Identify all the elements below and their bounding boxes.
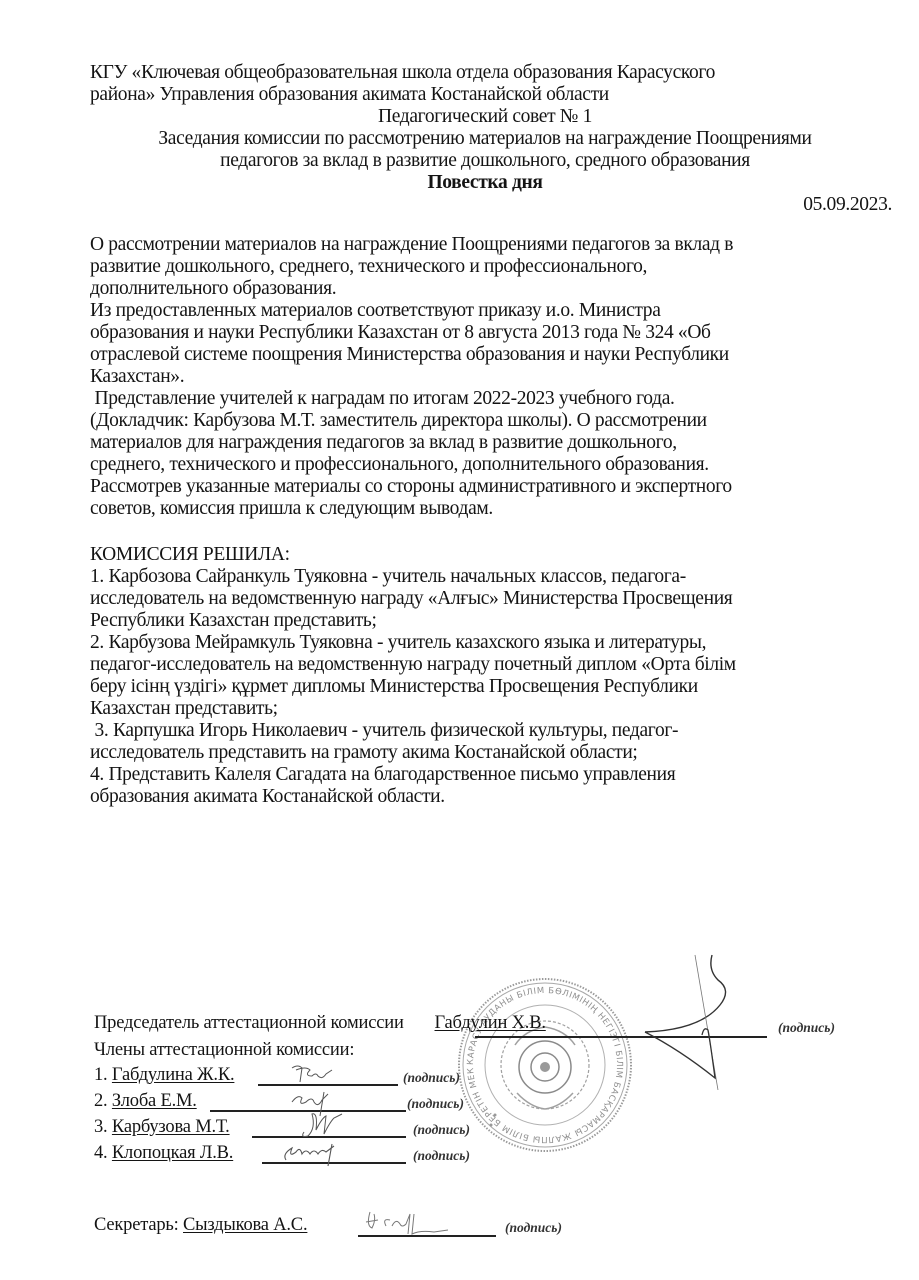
member-signature-hint: (подпись) [403, 1070, 460, 1086]
member-row: 1. Габдулина Ж.К. [94, 1065, 234, 1086]
chairman-signature-icon [640, 950, 740, 1090]
secretary-row: Секретарь: Сыздыкова А.С. [94, 1215, 307, 1236]
member-name: Злоба Е.М. [112, 1091, 197, 1111]
svg-text:КАРАСУ АУДАНЫ БІЛІМ БӨЛІМІНІҢ: КАРАСУ АУДАНЫ БІЛІМ БӨЛІМІНІҢ НЕГІЗГІ БІ… [455, 975, 624, 1144]
official-stamp-icon: КАРАСУ АУДАНЫ БІЛІМ БӨЛІМІНІҢ НЕГІЗГІ БІ… [455, 975, 635, 1155]
member-name: Карбузова М.Т. [112, 1117, 230, 1137]
member-1-signature-icon [288, 1062, 338, 1088]
signatures-section: КАРАСУ АУДАНЫ БІЛІМ БӨЛІМІНІҢ НЕГІЗГІ БІ… [0, 0, 919, 1280]
chairman-row: Председатель аттестационной комиссии Габ… [94, 1013, 546, 1034]
member-row: 2. Злоба Е.М. [94, 1091, 197, 1112]
secretary-signature-icon [362, 1206, 452, 1240]
chairman-name: Габдулин Х.В. [435, 1013, 546, 1033]
member-row: 4. Клопоцкая Л.В. [94, 1143, 233, 1164]
member-signature-hint: (подпись) [407, 1096, 464, 1112]
member-3-signature-icon [298, 1108, 348, 1140]
member-signature-hint: (подпись) [413, 1148, 470, 1164]
member-4-signature-icon [280, 1140, 346, 1168]
secretary-name: Сыздыкова А.С. [183, 1215, 307, 1235]
member-signature-hint: (подпись) [413, 1122, 470, 1138]
members-label: Члены аттестационной комиссии: [94, 1040, 354, 1061]
chairman-label: Председатель аттестационной комиссии [94, 1013, 404, 1033]
member-name: Клопоцкая Л.В. [112, 1143, 233, 1163]
member-name: Габдулина Ж.К. [112, 1065, 234, 1085]
secretary-signature-hint: (подпись) [505, 1220, 562, 1236]
secretary-label: Секретарь: [94, 1215, 179, 1235]
member-row: 3. Карбузова М.Т. [94, 1117, 230, 1138]
document-page: КГУ «Ключевая общеобразовательная школа … [0, 0, 919, 1280]
stamp-text: КАРАСУ АУДАНЫ БІЛІМ БӨЛІМІНІҢ НЕГІЗГІ БІ… [455, 975, 624, 1144]
chairman-signature-hint: (подпись) [778, 1020, 835, 1036]
